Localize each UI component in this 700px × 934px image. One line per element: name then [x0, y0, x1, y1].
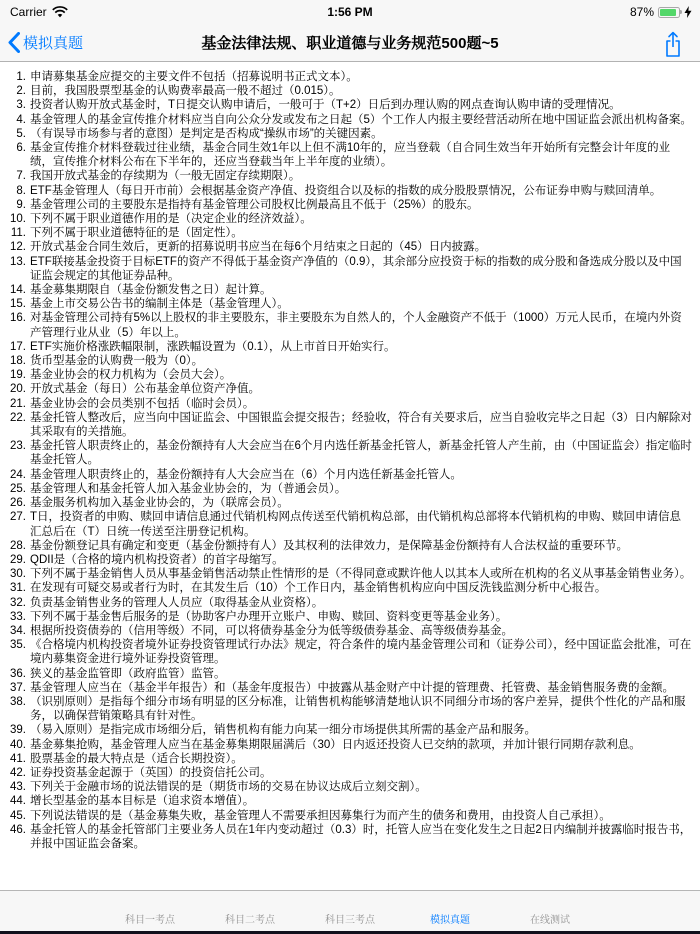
list-item: 28.基金份额登记具有确定和变更（基金份额持有人）及其权利的法律效力，是保障基金… [8, 539, 692, 553]
question-text: 下列不属于职业道德特征的是（固定性）。 [30, 227, 243, 239]
list-item: 10.下列不属于职业道德作用的是（决定企业的经济效益）。 [8, 212, 692, 226]
list-item: 14.基金募集期限自（基金份额发售之日）起计算。 [8, 283, 692, 297]
question-text: 在发现有可疑交易或者行为时，在其发生后（10）个工作日内，基金销售机构应向中国反… [30, 582, 606, 594]
question-text: 增长型基金的基本目标是（追求资本增值）。 [30, 795, 254, 807]
question-text: 目前，我国股票型基金的认购费率最高一般不超过（0.015）。 [30, 85, 341, 97]
question-number: 22. [8, 411, 26, 425]
tab-label: 科目二考点 [225, 911, 275, 926]
question-number: 25. [8, 482, 26, 496]
question-text: 基金管理公司的主要股东是指持有基金管理公司股权比例最高且不低于（25%）的股东。 [30, 199, 479, 211]
question-text: 股票基金的最大特点是（适合长期投资）。 [30, 753, 243, 765]
question-number: 41. [8, 752, 26, 766]
question-number: 24. [8, 468, 26, 482]
question-number: 30. [8, 567, 26, 581]
list-item: 20.开放式基金（每日）公布基金单位资产净值。 [8, 382, 692, 396]
question-number: 1. [8, 70, 26, 84]
question-number: 3. [8, 98, 26, 112]
question-number: 21. [8, 397, 26, 411]
list-item: 31.在发现有可疑交易或者行为时，在其发生后（10）个工作日内，基金销售机构应向… [8, 581, 692, 595]
question-number: 44. [8, 794, 26, 808]
tab-label: 在线测试 [530, 911, 570, 926]
question-number: 8. [8, 184, 26, 198]
list-item: 19.基金业协会的权力机构为（会员大会）。 [8, 368, 692, 382]
question-text: 开放式基金（每日）公布基金单位资产净值。 [30, 383, 260, 395]
question-number: 38. [8, 695, 26, 709]
status-bar-right: 87% [630, 0, 692, 24]
list-item: 16.对基金管理公司持有5%以上股权的非主要股东，非主要股东为自然人的，个人金融… [8, 311, 692, 339]
question-number: 37. [8, 681, 26, 695]
list-item: 6.基金宣传推介材料登载过往业绩，基金合同生效1年以上但不满10年的，应当登载（… [8, 141, 692, 169]
question-number: 20. [8, 382, 26, 396]
question-number: 16. [8, 311, 26, 325]
question-text: 下列说法错误的是（基金募集失败，基金管理人不需要承担因募集行为而产生的债务和费用… [30, 810, 611, 822]
page-title: 基金法律法规、职业道德与业务规范500题~5 [201, 24, 498, 61]
share-icon [663, 31, 683, 58]
question-number: 6. [8, 141, 26, 155]
question-text: 对基金管理公司持有5%以上股权的非主要股东，非主要股东为自然人的，个人金融资产不… [30, 312, 682, 338]
question-text: 基金募集期限自（基金份额发售之日）起计算。 [30, 284, 272, 296]
question-number: 35. [8, 638, 26, 652]
question-number: 36. [8, 667, 26, 681]
question-text: 基金管理人应当在（基金半年报告）和（基金年度报告）中披露从基金财产中计提的管理费… [30, 682, 674, 694]
tab-label: 科目一考点 [125, 911, 175, 926]
battery-percent: 87% [630, 5, 654, 19]
question-number: 19. [8, 368, 26, 382]
question-list[interactable]: 1.申请募集基金应提交的主要文件不包括（招募说明书正式文本）。2.目前，我国股票… [0, 62, 700, 890]
tab-bar: 科目一考点科目二考点科目三考点模拟真题在线测试 [0, 890, 700, 934]
list-item: 43.下列关于金融市场的说法错误的是（期货市场的交易在协议达成后立刻交割）。 [8, 780, 692, 794]
list-item: 34.根据所投资债券的（信用等级）不同，可以将债券基金分为低等级债券基金、高等级… [8, 624, 692, 638]
back-chevron-icon [8, 32, 20, 53]
question-number: 10. [8, 212, 26, 226]
question-text: （识别原则）是指每个细分市场有明显的区分标准，让销售机构能够清楚地认识不同细分市… [30, 696, 686, 722]
question-number: 5. [8, 127, 26, 141]
question-text: 下列关于金融市场的说法错误的是（期货市场的交易在协议达成后立刻交割）。 [30, 781, 427, 793]
list-item: 25.基金管理人和基金托管人加入基金业协会的，为（普通会员）。 [8, 482, 692, 496]
back-button-label: 模拟真题 [23, 32, 83, 53]
tab-label: 模拟真题 [430, 911, 470, 926]
tab-label: 科目三考点 [325, 911, 375, 926]
question-number: 31. [8, 581, 26, 595]
question-number: 11. [8, 226, 26, 240]
list-item: 39.（易入原则）是指完成市场细分后，销售机构有能力向某一细分市场提供其所需的基… [8, 723, 692, 737]
battery-fill [660, 9, 676, 16]
list-item: 21.基金业协会的会员类别不包括（临时会员）。 [8, 397, 692, 411]
question-text: 根据所投资债券的（信用等级）不同，可以将债券基金分为低等级债券基金、高等级债券基… [30, 625, 513, 637]
question-number: 46. [8, 823, 26, 837]
question-text: 申请募集基金应提交的主要文件不包括（招募说明书正式文本）。 [30, 71, 358, 83]
question-text: 投资者认购开放式基金时，T日提交认购申请后，一般可于（T+2）日后到办理认购的网… [30, 99, 621, 111]
question-text: 基金服务机构加入基金业协会的，为（联席会员）。 [30, 497, 289, 509]
list-item: 35.《合格境内机构投资者境外证券投资管理试行办法》规定，符合条件的境内基金管理… [8, 638, 692, 666]
question-number: 29. [8, 553, 26, 567]
question-text: 证券投资基金起源于（英国）的投资信托公司。 [30, 767, 272, 779]
list-item: 46.基金托管人的基金托管部门主要业务人员在1年内变动超过（0.3）时，托管人应… [8, 823, 692, 851]
question-text: 下列不属于基金销售人员从事基金销售活动禁止性情形的是（不得同意或默许他人以其本人… [30, 568, 691, 580]
tab-mock-exams[interactable]: 模拟真题 [400, 891, 500, 934]
question-text: 我国开放式基金的存续期为（一般无固定存续期限）。 [30, 170, 300, 182]
question-number: 34. [8, 624, 26, 638]
question-text: 基金业协会的权力机构为（会员大会）。 [30, 369, 231, 381]
question-text: 开放式基金合同生效后，更新的招募说明书应当在每6个月结束之日起的（45）日内披露… [30, 241, 486, 253]
question-text: T日，投资者的申购、赎回申请信息通过代销机构网点传送至代销机构总部，由代销机构总… [30, 511, 681, 537]
question-text: 狭义的基金监管即（政府监管）监管。 [30, 668, 226, 680]
question-number: 15. [8, 297, 26, 311]
question-number: 26. [8, 496, 26, 510]
question-text: 负责基金销售业务的管理人人员应（取得基金从业资格）。 [30, 597, 323, 609]
question-text: 货币型基金的认购费一般为（0）。 [30, 355, 203, 367]
list-item: 11.下列不属于职业道德特征的是（固定性）。 [8, 226, 692, 240]
tab-subject2-keypoints[interactable]: 科目二考点 [200, 891, 300, 934]
list-item: 8.ETF基金管理人（每日开市前）会根据基金资产净值、投资组合以及标的指数的成分… [8, 184, 692, 198]
question-text: ETF实施价格涨跌幅限制，涨跌幅设置为（0.1），从上市首日开始实行。 [30, 341, 395, 353]
list-item: 44.增长型基金的基本目标是（追求资本增值）。 [8, 794, 692, 808]
question-text: 基金托管人职责终止的，基金份额持有人大会应当在6个月内选任新基金托管人，新基金托… [30, 440, 692, 466]
list-item: 42.证券投资基金起源于（英国）的投资信托公司。 [8, 766, 692, 780]
question-text: 基金业协会的会员类别不包括（临时会员）。 [30, 398, 254, 410]
question-text: （易入原则）是指完成市场细分后，销售机构有能力向某一细分市场提供其所需的基金产品… [30, 724, 536, 736]
list-item: 30.下列不属于基金销售人员从事基金销售活动禁止性情形的是（不得同意或默许他人以… [8, 567, 692, 581]
question-text: 基金募集抢购，基金管理人应当在基金募集期限届满后（30）日内返还投资人已交纳的款… [30, 739, 641, 751]
list-item: 2.目前，我国股票型基金的认购费率最高一般不超过（0.015）。 [8, 84, 692, 98]
battery-icon [658, 7, 680, 18]
tab-subject1-keypoints[interactable]: 科目一考点 [100, 891, 200, 934]
question-text: 基金托管人整改后，应当向中国证监会、中国银监会提交报告；经验收，符合有关要求后，… [30, 412, 692, 438]
clock: 1:56 PM [0, 0, 700, 24]
list-item: 5.（有误导市场参与者的意图）是判定是否构成“操纵市场”的关键因素。 [8, 127, 692, 141]
question-number: 45. [8, 809, 26, 823]
question-number: 7. [8, 169, 26, 183]
list-item: 27.T日，投资者的申购、赎回申请信息通过代销机构网点传送至代销机构总部，由代销… [8, 510, 692, 538]
question-text: 《合格境内机构投资者境外证券投资管理试行办法》规定，符合条件的境内基金管理公司和… [30, 639, 691, 665]
question-number: 39. [8, 723, 26, 737]
question-number: 14. [8, 283, 26, 297]
question-number: 23. [8, 439, 26, 453]
question-number: 17. [8, 340, 26, 354]
share-button[interactable] [662, 30, 684, 58]
list-item: 18.货币型基金的认购费一般为（0）。 [8, 354, 692, 368]
status-bar: Carrier 1:56 PM 87% [0, 0, 700, 24]
list-item: 24.基金管理人职责终止的，基金份额持有人大会应当在（6）个月内选任新基金托管人… [8, 468, 692, 482]
question-number: 42. [8, 766, 26, 780]
list-item: 4.基金管理人的基金宣传推介材料应当自向公众分发或发布之日起（5）个工作人内报主… [8, 113, 692, 127]
question-text: 基金管理人职责终止的，基金份额持有人大会应当在（6）个月内选任新基金托管人。 [30, 469, 462, 481]
list-item: 9.基金管理公司的主要股东是指持有基金管理公司股权比例最高且不低于（25%）的股… [8, 198, 692, 212]
list-item: 41.股票基金的最大特点是（适合长期投资）。 [8, 752, 692, 766]
list-item: 29.QDII是（合格的境内机构投资者）的首字母缩写。 [8, 553, 692, 567]
app-screen: Carrier 1:56 PM 87% [0, 0, 700, 934]
charging-bolt-icon [684, 6, 692, 18]
question-text: 基金管理人和基金托管人加入基金业协会的，为（普通会员）。 [30, 483, 346, 495]
list-item: 17.ETF实施价格涨跌幅限制，涨跌幅设置为（0.1），从上市首日开始实行。 [8, 340, 692, 354]
question-text: ETF联接基金投资于目标ETF的资产不得低于基金资产净值的（0.9），其余部分应… [30, 256, 682, 282]
battery-nub [680, 10, 682, 14]
tab-group: 科目一考点科目二考点科目三考点模拟真题在线测试 [100, 891, 600, 934]
question-number: 9. [8, 198, 26, 212]
question-number: 33. [8, 610, 26, 624]
question-number: 2. [8, 84, 26, 98]
question-text: 基金宣传推介材料登载过往业绩，基金合同生效1年以上但不满10年的，应当登载（自合… [30, 142, 670, 168]
list-item: 1.申请募集基金应提交的主要文件不包括（招募说明书正式文本）。 [8, 70, 692, 84]
question-text: 基金托管人的基金托管部门主要业务人员在1年内变动超过（0.3）时，托管人应当在变… [30, 824, 691, 850]
question-text: 下列不属于基金售后服务的是（协助客户办理开立账户、申购、赎回、资料变更等基金业务… [30, 611, 507, 623]
list-item: 3.投资者认购开放式基金时，T日提交认购申请后，一般可于（T+2）日后到办理认购… [8, 98, 692, 112]
question-text: 下列不属于职业道德作用的是（决定企业的经济效益）。 [30, 213, 312, 225]
list-item: 12.开放式基金合同生效后，更新的招募说明书应当在每6个月结束之日起的（45）日… [8, 240, 692, 254]
question-number: 32. [8, 596, 26, 610]
list-item: 36.狭义的基金监管即（政府监管）监管。 [8, 667, 692, 681]
question-number: 18. [8, 354, 26, 368]
list-item: 33.下列不属于基金售后服务的是（协助客户办理开立账户、申购、赎回、资料变更等基… [8, 610, 692, 624]
question-text: ETF基金管理人（每日开市前）会根据基金资产净值、投资组合以及标的指数的成分股股… [30, 185, 661, 197]
tab-subject3-keypoints[interactable]: 科目三考点 [300, 891, 400, 934]
question-text: 基金管理人的基金宣传推介材料应当自向公众分发或发布之日起（5）个工作人内报主要经… [30, 114, 692, 126]
list-item: 37.基金管理人应当在（基金半年报告）和（基金年度报告）中披露从基金财产中计提的… [8, 681, 692, 695]
question-number: 27. [8, 510, 26, 524]
list-item: 7.我国开放式基金的存续期为（一般无固定存续期限）。 [8, 169, 692, 183]
question-number: 43. [8, 780, 26, 794]
list-item: 15.基金上市交易公告书的编制主体是（基金管理人）。 [8, 297, 692, 311]
question-number: 40. [8, 738, 26, 752]
list-item: 45.下列说法错误的是（基金募集失败，基金管理人不需要承担因募集行为而产生的债务… [8, 809, 692, 823]
question-number: 13. [8, 255, 26, 269]
list-item: 32.负责基金销售业务的管理人人员应（取得基金从业资格）。 [8, 596, 692, 610]
back-button[interactable]: 模拟真题 [8, 24, 83, 61]
list-item: 40.基金募集抢购，基金管理人应当在基金募集期限届满后（30）日内返还投资人已交… [8, 738, 692, 752]
question-text: 基金上市交易公告书的编制主体是（基金管理人）。 [30, 298, 289, 310]
list-item: 13.ETF联接基金投资于目标ETF的资产不得低于基金资产净值的（0.9），其余… [8, 255, 692, 283]
list-item: 26.基金服务机构加入基金业协会的，为（联席会员）。 [8, 496, 692, 510]
question-number: 28. [8, 539, 26, 553]
question-number: 4. [8, 113, 26, 127]
question-number: 12. [8, 240, 26, 254]
tab-online-test[interactable]: 在线测试 [500, 891, 600, 934]
list-item: 38.（识别原则）是指每个细分市场有明显的区分标准，让销售机构能够清楚地认识不同… [8, 695, 692, 723]
list-item: 22.基金托管人整改后，应当向中国证监会、中国银监会提交报告；经验收，符合有关要… [8, 411, 692, 439]
question-text: 基金份额登记具有确定和变更（基金份额持有人）及其权利的法律效力，是保障基金份额持… [30, 540, 628, 552]
question-text: （有误导市场参与者的意图）是判定是否构成“操纵市场”的关键因素。 [30, 128, 383, 140]
question-text: QDII是（合格的境内机构投资者）的首字母缩写。 [30, 554, 284, 566]
nav-bar: 模拟真题 基金法律法规、职业道德与业务规范500题~5 [0, 24, 700, 62]
list-item: 23.基金托管人职责终止的，基金份额持有人大会应当在6个月内选任新基金托管人，新… [8, 439, 692, 467]
